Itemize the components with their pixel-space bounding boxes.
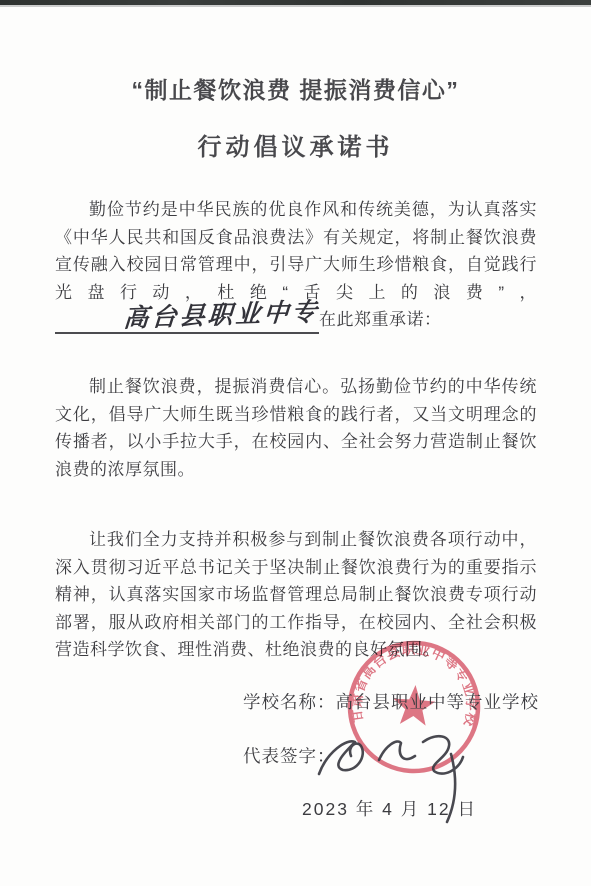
document-body: 勤俭节约是中华民族的优良作风和传统美德，为认真落实《中华人民共和国反食品浪费法》…	[55, 196, 537, 664]
document-title-line1: “制止餐饮浪费 提振消费信心”	[0, 72, 591, 105]
document-title-line2: 行动倡议承诺书	[0, 127, 591, 162]
paragraph-2: 制止餐饮浪费，提振消费信心。弘扬勤俭节约的中华传统文化，倡导广大师生既当珍惜粮食…	[55, 373, 537, 483]
paragraph-1-after: 在此郑重承诺：	[319, 310, 442, 329]
paragraph-1-before: 勤俭节约是中华民族的优良作风和传统美德，为认真落实《中华人民共和国反食品浪费法》…	[55, 200, 537, 302]
school-name-label: 学校名称：	[243, 692, 336, 712]
title-block: “制止餐饮浪费 提振消费信心” 行动倡议承诺书	[0, 72, 591, 162]
document-page: “制止餐饮浪费 提振消费信心” 行动倡议承诺书 勤俭节约是中华民族的优良作风和传…	[0, 0, 591, 886]
handwritten-signature-ink	[303, 710, 481, 828]
scanner-edge-artifact	[0, 0, 591, 5]
fill-in-blank-line: 高台县职业中专	[55, 311, 319, 334]
handwritten-school-name: 高台县职业中专	[89, 303, 320, 329]
school-name-value: 高台县职业中等专业学校	[336, 692, 540, 712]
paragraph-1: 勤俭节约是中华民族的优良作风和传统美德，为认真落实《中华人民共和国反食品浪费法》…	[55, 196, 537, 334]
